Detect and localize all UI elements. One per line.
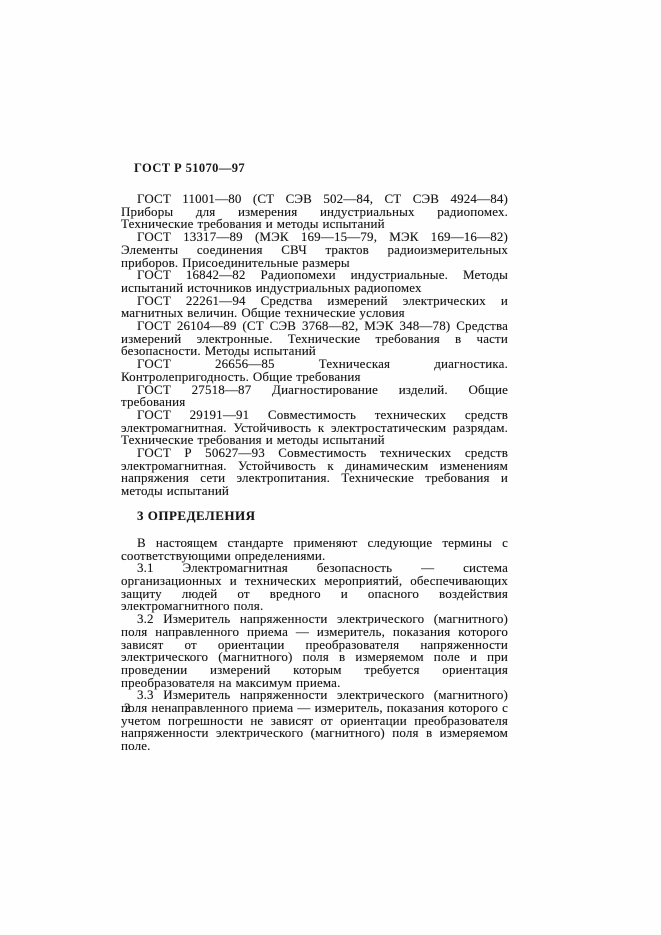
reference-item: ГОСТ 26656—85 Техническая диагностика. К… [121, 358, 508, 383]
reference-item: ГОСТ 27518—87 Диагностирование изделий. … [121, 384, 508, 409]
reference-item: ГОСТ 29191—91 Совместимость технических … [121, 409, 508, 447]
definition-paragraph: 3.3 Измеритель напряженности электрическ… [121, 689, 508, 753]
document-page: ГОСТ Р 51070—97 ГОСТ 11001—80 (СТ СЭВ 50… [0, 0, 661, 935]
reference-item: ГОСТ 11001—80 (СТ СЭВ 502—84, СТ СЭВ 492… [121, 193, 508, 231]
reference-item: ГОСТ 16842—82 Радиопомехи индустриальные… [121, 269, 508, 294]
reference-item: ГОСТ 13317—89 (МЭК 169—15—79, МЭК 169—16… [121, 231, 508, 269]
reference-item: ГОСТ 26104—89 (СТ СЭВ 3768—82, МЭК 348—7… [121, 320, 508, 358]
definition-paragraph: 3.2 Измеритель напряженности электрическ… [121, 613, 508, 689]
page-number: 2 [124, 700, 131, 716]
page-content: ГОСТ 11001—80 (СТ СЭВ 502—84, СТ СЭВ 492… [121, 193, 508, 753]
definition-paragraph: 3.1 Электромагнитная безопасность — сист… [121, 562, 508, 613]
reference-item: ГОСТ 22261—94 Средства измерений электри… [121, 295, 508, 320]
reference-item: ГОСТ Р 50627—93 Совместимость технически… [121, 447, 508, 498]
section-heading: 3 ОПРЕДЕЛЕНИЯ [121, 509, 508, 522]
running-header: ГОСТ Р 51070—97 [134, 161, 245, 176]
definition-paragraph: В настоящем стандарте применяют следующи… [121, 537, 508, 562]
